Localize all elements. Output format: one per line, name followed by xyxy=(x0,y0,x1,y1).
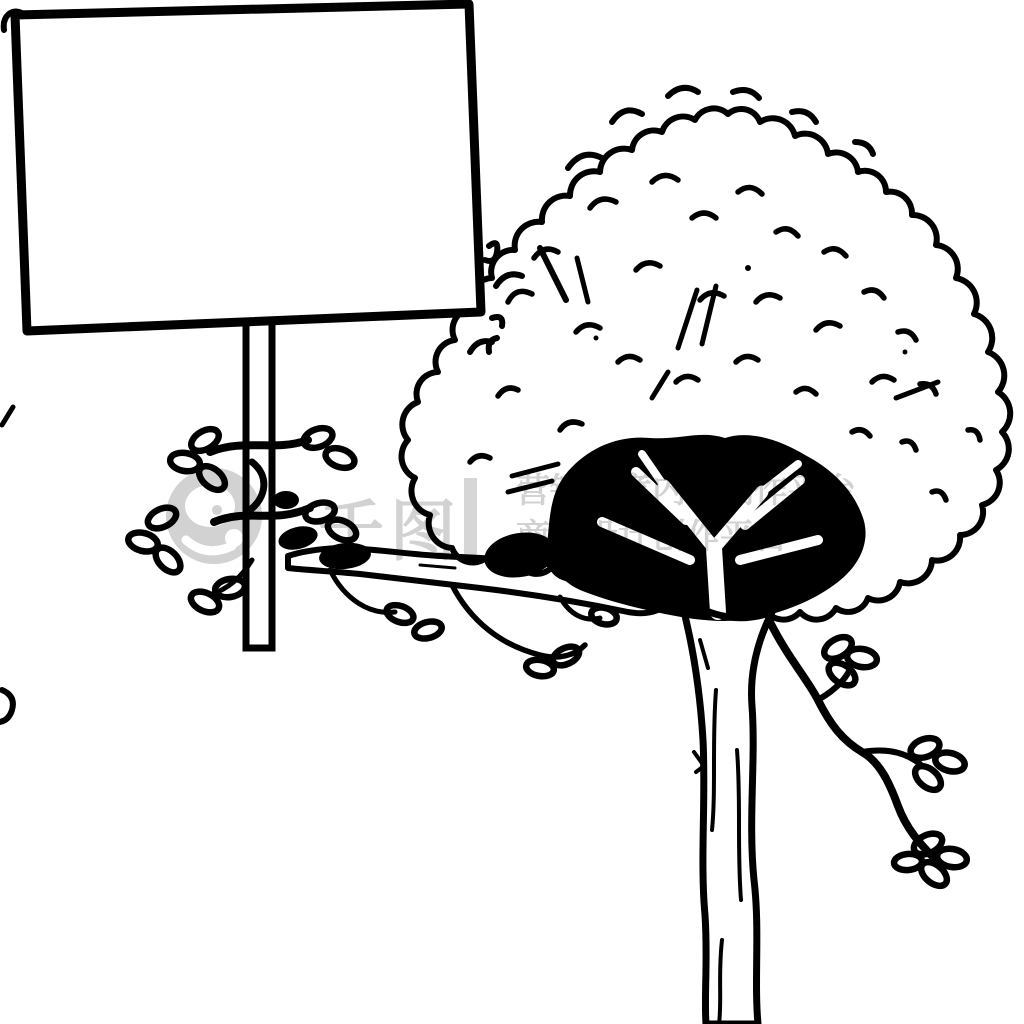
cartoon-illustration: 千图 营销创意内容制作平台 商用设计创作平台 xyxy=(0,0,1024,1024)
sign-board xyxy=(15,4,481,331)
watermark-tagline-2: 商用设计创作平台 xyxy=(516,517,788,557)
watermark-brand: 千图 xyxy=(318,493,462,570)
blank-sign xyxy=(15,4,481,331)
watermark-logo-icon xyxy=(166,468,262,564)
tree-sign-drawing: 千图 营销创意内容制作平台 商用设计创作平台 xyxy=(0,0,1024,1024)
tree-trunk xyxy=(680,596,772,1024)
right-branch xyxy=(770,622,934,858)
watermark-tagline-1: 营销创意内容制作平台 xyxy=(516,471,856,511)
watermark-divider xyxy=(464,478,477,558)
sign-pole xyxy=(246,318,272,648)
